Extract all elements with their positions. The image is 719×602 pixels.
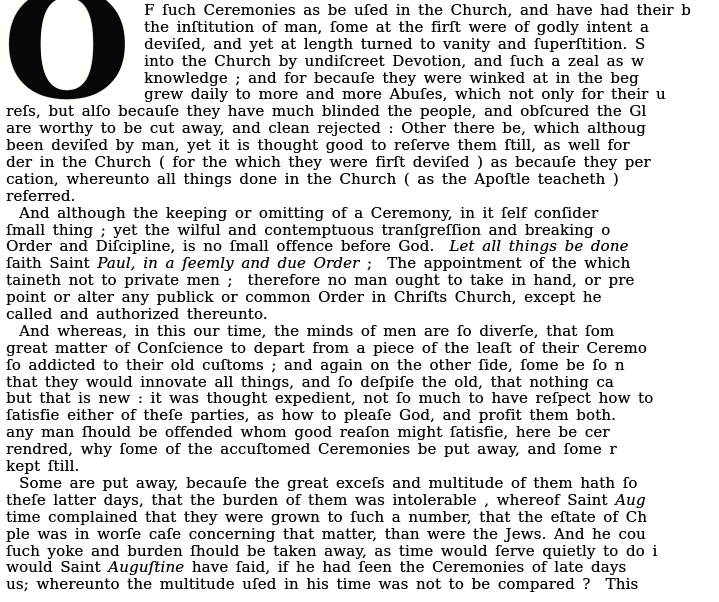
- text-segment: ſo addicted to their old cuſtoms ; and a…: [6, 356, 625, 374]
- text-segment: And whereas, in this our time, the minds…: [19, 322, 614, 340]
- text-segment: ſatisfie either of theſe parties, as how…: [6, 406, 616, 424]
- text-line: ſatisfie either of theſe parties, as how…: [6, 407, 719, 424]
- text-line: Some are put away, becauſe the great exc…: [6, 475, 719, 492]
- text-segment: called and authorized thereunto.: [6, 305, 268, 323]
- text-line: referred.: [6, 188, 719, 205]
- text-line: ple was in worſe caſe concerning that ma…: [6, 526, 719, 543]
- text-segment: but that is new : it was thought expedie…: [6, 389, 653, 407]
- text-segment: ; The appointment of the which: [359, 254, 630, 272]
- text-line: ſo addicted to their old cuſtoms ; and a…: [6, 357, 719, 374]
- text-segment: great matter of Conſcience to depart fro…: [6, 339, 647, 357]
- text-segment: F ſuch Ceremonies as be uſed in the Chur…: [144, 1, 691, 19]
- text-segment: taineth not to private men ; therefore n…: [6, 271, 634, 289]
- text-segment: ple was in worſe caſe concerning that ma…: [6, 525, 646, 543]
- text-line: kept ſtill.: [6, 458, 719, 475]
- text-segment: referred.: [6, 187, 75, 205]
- text-segment: would Saint: [6, 558, 108, 576]
- text-segment: theſe latter days, that the burden of th…: [6, 491, 615, 509]
- text-line: the inſtitution of man, ſome at the firſ…: [6, 19, 719, 36]
- text-segment: any man ſhould be offended whom good rea…: [6, 423, 610, 441]
- text-line: great matter of Conſcience to depart fro…: [6, 340, 719, 357]
- text-segment: have ſaid, if he had ſeen the Ceremonies…: [184, 558, 626, 576]
- text-segment: grew daily to more and more Abuſes, whic…: [144, 85, 666, 103]
- text-segment: time complained that they were grown to …: [6, 508, 647, 526]
- text-line: called and authorized thereunto.: [6, 306, 719, 323]
- text-line: ſaith Saint Paul, in a ſeemly and due Or…: [6, 255, 719, 272]
- text-line: time complained that they were grown to …: [6, 509, 719, 526]
- text-line: would Saint Auguſtine have ſaid, if he h…: [6, 559, 719, 576]
- text-segment: ſmall thing ; yet the wilful and contemp…: [6, 221, 610, 239]
- text-segment: ſuch yoke and burden ſhould be taken awa…: [6, 542, 657, 560]
- text-line: cation, whereunto all things done in the…: [6, 171, 719, 188]
- text-line: grew daily to more and more Abuſes, whic…: [6, 86, 719, 103]
- text-line: rendred, why ſome of the accuſtomed Cere…: [6, 441, 719, 458]
- text-line: deviſed, and yet at length turned to van…: [6, 36, 719, 53]
- text-segment: ſaith Saint: [6, 254, 97, 272]
- text-segment: into the Church by undiſcreet Devotion, …: [144, 52, 644, 70]
- italic-text-segment: Aug: [615, 491, 646, 509]
- text-segment: Order and Diſcipline, is no ſmall offenc…: [6, 237, 449, 255]
- text-line: point or alter any publick or common Ord…: [6, 289, 719, 306]
- text-line: And although the keeping or omitting of …: [6, 205, 719, 222]
- text-segment: that they would innovate all things, and…: [6, 373, 614, 391]
- text-line: us; whereunto the multitude uſed in his …: [6, 576, 719, 593]
- italic-text-segment: Auguſtine: [108, 558, 184, 576]
- text-line: any man ſhould be offended whom good rea…: [6, 424, 719, 441]
- text-line: that they would innovate all things, and…: [6, 374, 719, 391]
- text-line: but that is new : it was thought expedie…: [6, 390, 719, 407]
- text-line: knowledge ; and for becauſe they were wi…: [6, 70, 719, 87]
- text-line: reſs, but alſo becauſe they have much bl…: [6, 103, 719, 120]
- italic-text-segment: Paul, in a ſeemly and due Order: [97, 254, 359, 272]
- text-segment: And although the keeping or omitting of …: [19, 204, 598, 222]
- text-segment: knowledge ; and for becauſe they were wi…: [144, 69, 639, 87]
- text-segment: rendred, why ſome of the accuſtomed Cere…: [6, 440, 617, 458]
- page-text: F ſuch Ceremonies as be uſed in the Chur…: [6, 2, 719, 593]
- text-segment: us; whereunto the multitude uſed in his …: [6, 575, 638, 593]
- text-line: And whereas, in this our time, the minds…: [6, 323, 719, 340]
- text-segment: the inſtitution of man, ſome at the firſ…: [144, 18, 649, 36]
- scanned-page: O F ſuch Ceremonies as be uſed in the Ch…: [0, 0, 719, 602]
- text-segment: kept ſtill.: [6, 457, 79, 475]
- text-segment: cation, whereunto all things done in the…: [6, 170, 619, 188]
- text-segment: der in the Church ( for the which they w…: [6, 153, 651, 171]
- text-segment: deviſed, and yet at length turned to van…: [144, 35, 645, 53]
- text-segment: been deviſed by man, yet it is thought g…: [6, 136, 630, 154]
- text-line: been deviſed by man, yet it is thought g…: [6, 137, 719, 154]
- text-segment: Some are put away, becauſe the great exc…: [19, 474, 638, 492]
- italic-text-segment: Let all things be done: [449, 237, 628, 255]
- text-line: ſmall thing ; yet the wilful and contemp…: [6, 222, 719, 239]
- text-segment: are worthy to be cut away, and clean rej…: [6, 119, 646, 137]
- text-line: into the Church by undiſcreet Devotion, …: [6, 53, 719, 70]
- text-line: F ſuch Ceremonies as be uſed in the Chur…: [6, 2, 719, 19]
- text-line: Order and Diſcipline, is no ſmall offenc…: [6, 238, 719, 255]
- text-segment: point or alter any publick or common Ord…: [6, 288, 602, 306]
- text-line: theſe latter days, that the burden of th…: [6, 492, 719, 509]
- text-line: taineth not to private men ; therefore n…: [6, 272, 719, 289]
- text-line: are worthy to be cut away, and clean rej…: [6, 120, 719, 137]
- text-line: ſuch yoke and burden ſhould be taken awa…: [6, 543, 719, 560]
- text-segment: reſs, but alſo becauſe they have much bl…: [6, 102, 646, 120]
- text-line: der in the Church ( for the which they w…: [6, 154, 719, 171]
